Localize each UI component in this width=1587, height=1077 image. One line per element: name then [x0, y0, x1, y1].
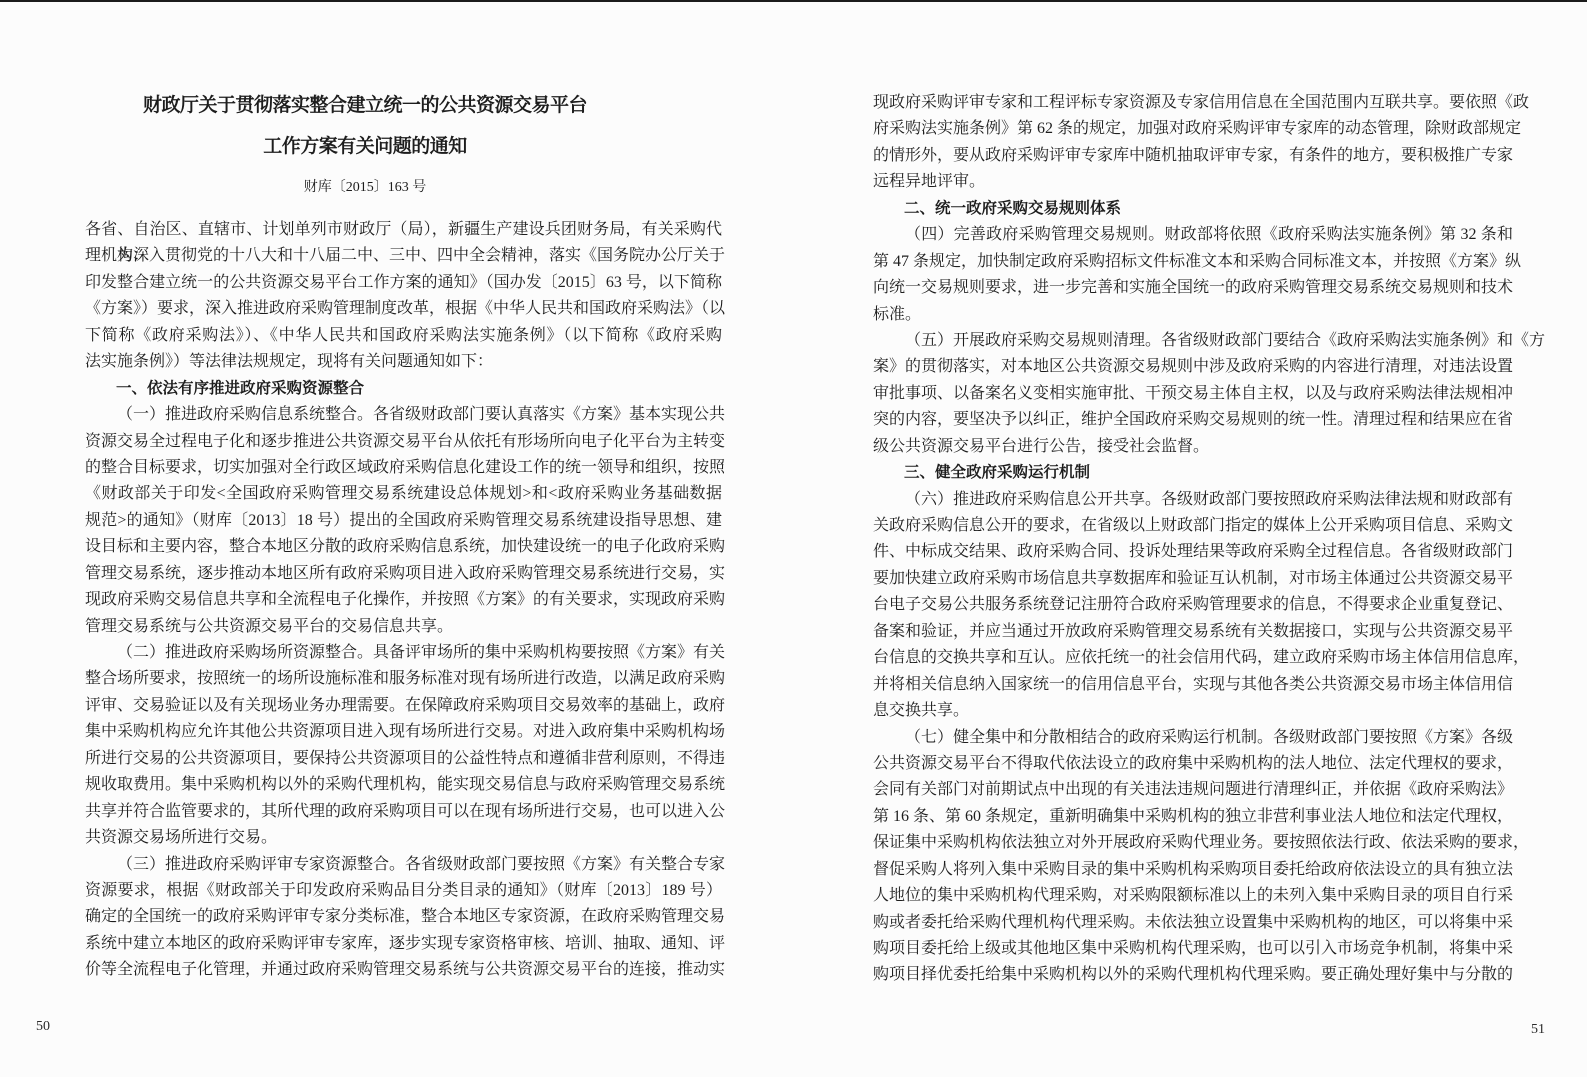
body-text-line: 资源交易全过程电子化和逐步推进公共资源交易平台从依托有形场所向电子化平台为主转变: [85, 429, 722, 455]
body-text-line: 府采购法实施条例》第 62 条的规定，加强对政府采购评审专家库的动态管理，除财政…: [873, 116, 1513, 142]
body-text-line: 人地位的集中采购机构代理采购，对采购限额标准以上的未列入集中采购目录的项目自行采: [873, 883, 1513, 909]
body-text-line: 资源要求，根据《财政部关于印发政府采购品目分类目录的通知》（财库〔2013〕18…: [85, 878, 722, 904]
body-text-line: 级公共资源交易平台进行公告，接受社会监督。: [873, 434, 1513, 460]
body-text-line: 整合场所要求，按照统一的场所设施标准和服务标准对现有场所进行改造，以满足政府采购: [85, 666, 722, 692]
body-text-line: 的整合目标要求，切实加强对全行政区域政府采购信息化建设工作的统一领导和组织，按照: [85, 455, 722, 481]
body-text-line: 案》的贯彻落实，对本地区公共资源交易规则中涉及政府采购的内容进行清理，对违法设置: [873, 354, 1513, 380]
body-text-line: 现政府采购评审专家和工程评标专家资源及专家信用信息在全国范围内互联共享。要依照《…: [873, 90, 1513, 116]
body-text-line: （六）推进政府采购信息公开共享。各级财政部门要按照政府采购法律法规和财政部有: [873, 487, 1513, 513]
body-text-line: 系统中建立本地区的政府采购评审专家库，逐步实现专家资格审核、培训、抽取、通知、评: [85, 931, 722, 957]
body-text-line: 集中采购机构应允许其他公共资源项目进入现有场所进行交易。对进入政府集中采购机构场: [85, 719, 722, 745]
body-text-line: 管理交易系统与公共资源交易平台的交易信息共享。: [85, 614, 722, 640]
left-page-text-column: 各省、自治区、直辖市、计划单列市财政厅（局），新疆生产建设兵团财务局，有关采购代…: [85, 217, 722, 984]
body-text-line: （三）推进政府采购评审专家资源整合。各省级财政部门要按照《方案》有关整合专家: [85, 852, 722, 878]
document-title-line-2: 工作方案有关问题的通知: [85, 131, 645, 158]
body-text-line: 购或者委托给采购代理机构代理采购。未依法独立设置集中采购机构的地区，可以将集中采: [873, 910, 1513, 936]
body-text-line: （二）推进政府采购场所资源整合。具备评审场所的集中采购机构要按照《方案》有关: [85, 640, 722, 666]
section-heading: 一、依法有序推进政府采购资源整合: [85, 376, 722, 402]
body-text-line: 并将相关信息纳入国家统一的信用信息平台，实现与其他各类公共资源交易市场主体信用信: [873, 672, 1513, 698]
page-number-right: 51: [1531, 1022, 1545, 1038]
body-text-line: 购项目择优委托给集中采购机构以外的采购代理机构代理采购。要正确处理好集中与分散的: [873, 962, 1513, 988]
body-text-line: 关政府采购信息公开的要求，在省级以上财政部门指定的媒体上公开采购项目信息、采购文: [873, 513, 1513, 539]
body-text-line: 保证集中采购机构依法独立对外开展政府采购代理业务。要按照依法行政、依法采购的要求…: [873, 830, 1513, 856]
body-text-line: （五）开展政府采购交易规则清理。各省级财政部门要结合《政府采购法实施条例》和《方: [873, 328, 1513, 354]
body-text-line: 督促采购人将列入集中采购目录的集中采购机构采购项目委托给政府依法设立的具有独立法: [873, 857, 1513, 883]
body-text-line: 息交换共享。: [873, 698, 1513, 724]
body-text-line: 共资源交易场所进行交易。: [85, 825, 722, 851]
body-text-line: 公共资源交易平台不得取代依法设立的政府集中采购机构的法人地位、法定代理权的要求，: [873, 751, 1513, 777]
body-text-line: 设目标和主要内容，整合本地区分散的政府采购信息系统，加快建设统一的电子化政府采购: [85, 534, 722, 560]
body-text-line: 《方案》）要求，深入推进政府采购管理制度改革，根据《中华人民共和国政府采购法》（…: [85, 296, 722, 322]
body-text-line: 规收取费用。集中采购机构以外的采购代理机构，能实现交易信息与政府采购管理交易系统: [85, 772, 722, 798]
scan-edge: [0, 0, 1587, 2]
body-text-line: 第 16 条、第 60 条规定，重新明确集中采购机构的独立非营利事业法人地位和法…: [873, 804, 1513, 830]
body-text-line: 要加快建立政府采购市场信息共享数据库和验证互认机制，对市场主体通过公共资源交易平: [873, 566, 1513, 592]
body-text-line: 件、中标成交结果、政府采购合同、投诉处理结果等政府采购全过程信息。各省级财政部门: [873, 539, 1513, 565]
page-number-left: 50: [36, 1019, 50, 1035]
body-text-line: 为深入贯彻党的十八大和十八届二中、三中、四中全会精神，落实《国务院办公厅关于: [85, 243, 722, 269]
body-text-line: 印发整合建立统一的公共资源交易平台工作方案的通知》（国办发〔2015〕63 号，…: [85, 270, 722, 296]
section-heading: 三、健全政府采购运行机制: [873, 460, 1513, 486]
body-text-line: 向统一交易规则要求，进一步完善和实施全国统一的政府采购管理交易系统交易规则和技术: [873, 275, 1513, 301]
book-spread: 财政厅关于贯彻落实整合建立统一的公共资源交易平台 工作方案有关问题的通知 财库〔…: [0, 0, 1587, 1077]
body-text-line: 备案和验证，并应当通过开放政府采购管理交易系统有关数据接口，实现与公共资源交易平: [873, 619, 1513, 645]
body-text-line: 共享并符合监管要求的，其所代理的政府采购项目可以在现有场所进行交易，也可以进入公: [85, 799, 722, 825]
body-text-line: 突的内容，要坚决予以纠正，维护全国政府采购交易规则的统一性。清理过程和结果应在省: [873, 407, 1513, 433]
document-title-line-1: 财政厅关于贯彻落实整合建立统一的公共资源交易平台: [85, 90, 645, 117]
body-text-line: 规范>的通知》（财库〔2013〕18 号）提出的全国政府采购管理交易系统建设指导…: [85, 508, 722, 534]
section-heading: 二、统一政府采购交易规则体系: [873, 196, 1513, 222]
body-text-line: 台电子交易公共服务系统登记注册符合政府采购管理要求的信息，不得要求企业重复登记、: [873, 592, 1513, 618]
body-text-line: 评审、交易验证以及有关现场业务办理需要。在保障政府采购项目交易效率的基础上，政府: [85, 693, 722, 719]
document-number: 财库〔2015〕163 号: [85, 176, 645, 196]
body-text-line: 各省、自治区、直辖市、计划单列市财政厅（局），新疆生产建设兵团财务局，有关采购代…: [85, 217, 722, 243]
body-text-line: 会同有关部门对前期试点中出现的有关违法违规问题进行清理纠正，并依据《政府采购法》: [873, 777, 1513, 803]
body-text-line: （七）健全集中和分散相结合的政府采购运行机制。各级财政部门要按照《方案》各级: [873, 725, 1513, 751]
body-text-line: 《财政部关于印发<全国政府采购管理交易系统建设总体规划>和<政府采购业务基础数据: [85, 481, 722, 507]
body-text-line: 价等全流程电子化管理，并通过政府采购管理交易系统与公共资源交易平台的连接，推动实: [85, 957, 722, 983]
right-page-text-column: 现政府采购评审专家和工程评标专家资源及专家信用信息在全国范围内互联共享。要依照《…: [873, 90, 1513, 989]
body-text-line: 确定的全国统一的政府采购评审专家分类标准，整合本地区专家资源，在政府采购管理交易: [85, 904, 722, 930]
body-text-line: 现政府采购交易信息共享和全流程电子化操作，并按照《方案》的有关要求，实现政府采购: [85, 587, 722, 613]
body-text-line: 台信息的交换共享和互认。应依托统一的社会信用代码，建立政府采购市场主体信用信息库…: [873, 645, 1513, 671]
body-text-line: 管理交易系统，逐步推动本地区所有政府采购项目进入政府采购管理交易系统进行交易，实: [85, 561, 722, 587]
body-text-line: 第 47 条规定，加快制定政府采购招标文件标准文本和采购合同标准文本，并按照《方…: [873, 249, 1513, 275]
body-text-line: （一）推进政府采购信息系统整合。各省级财政部门要认真落实《方案》基本实现公共: [85, 402, 722, 428]
body-text-line: 标准。: [873, 302, 1513, 328]
body-text-line: 法实施条例》）等法律法规规定，现将有关问题通知如下：: [85, 349, 722, 375]
body-text-line: 下简称《政府采购法》）、《中华人民共和国政府采购法实施条例》（以下简称《政府采购: [85, 323, 722, 349]
body-text-line: 远程异地评审。: [873, 169, 1513, 195]
body-text-line: （四）完善政府采购管理交易规则。财政部将依照《政府采购法实施条例》第 32 条和: [873, 222, 1513, 248]
body-text-line: 所进行交易的公共资源项目，要保持公共资源项目的公益性特点和遵循非营利原则，不得违: [85, 746, 722, 772]
body-text-line: 的情形外，要从政府采购评审专家库中随机抽取评审专家，有条件的地方，要积极推广专家: [873, 143, 1513, 169]
body-text-line: 购项目委托给上级或其他地区集中采购机构代理采购，也可以引入市场竞争机制，将集中采: [873, 936, 1513, 962]
body-text-line: 审批事项、以备案名义变相实施审批、干预交易主体自主权，以及与政府采购法律法规相冲: [873, 381, 1513, 407]
